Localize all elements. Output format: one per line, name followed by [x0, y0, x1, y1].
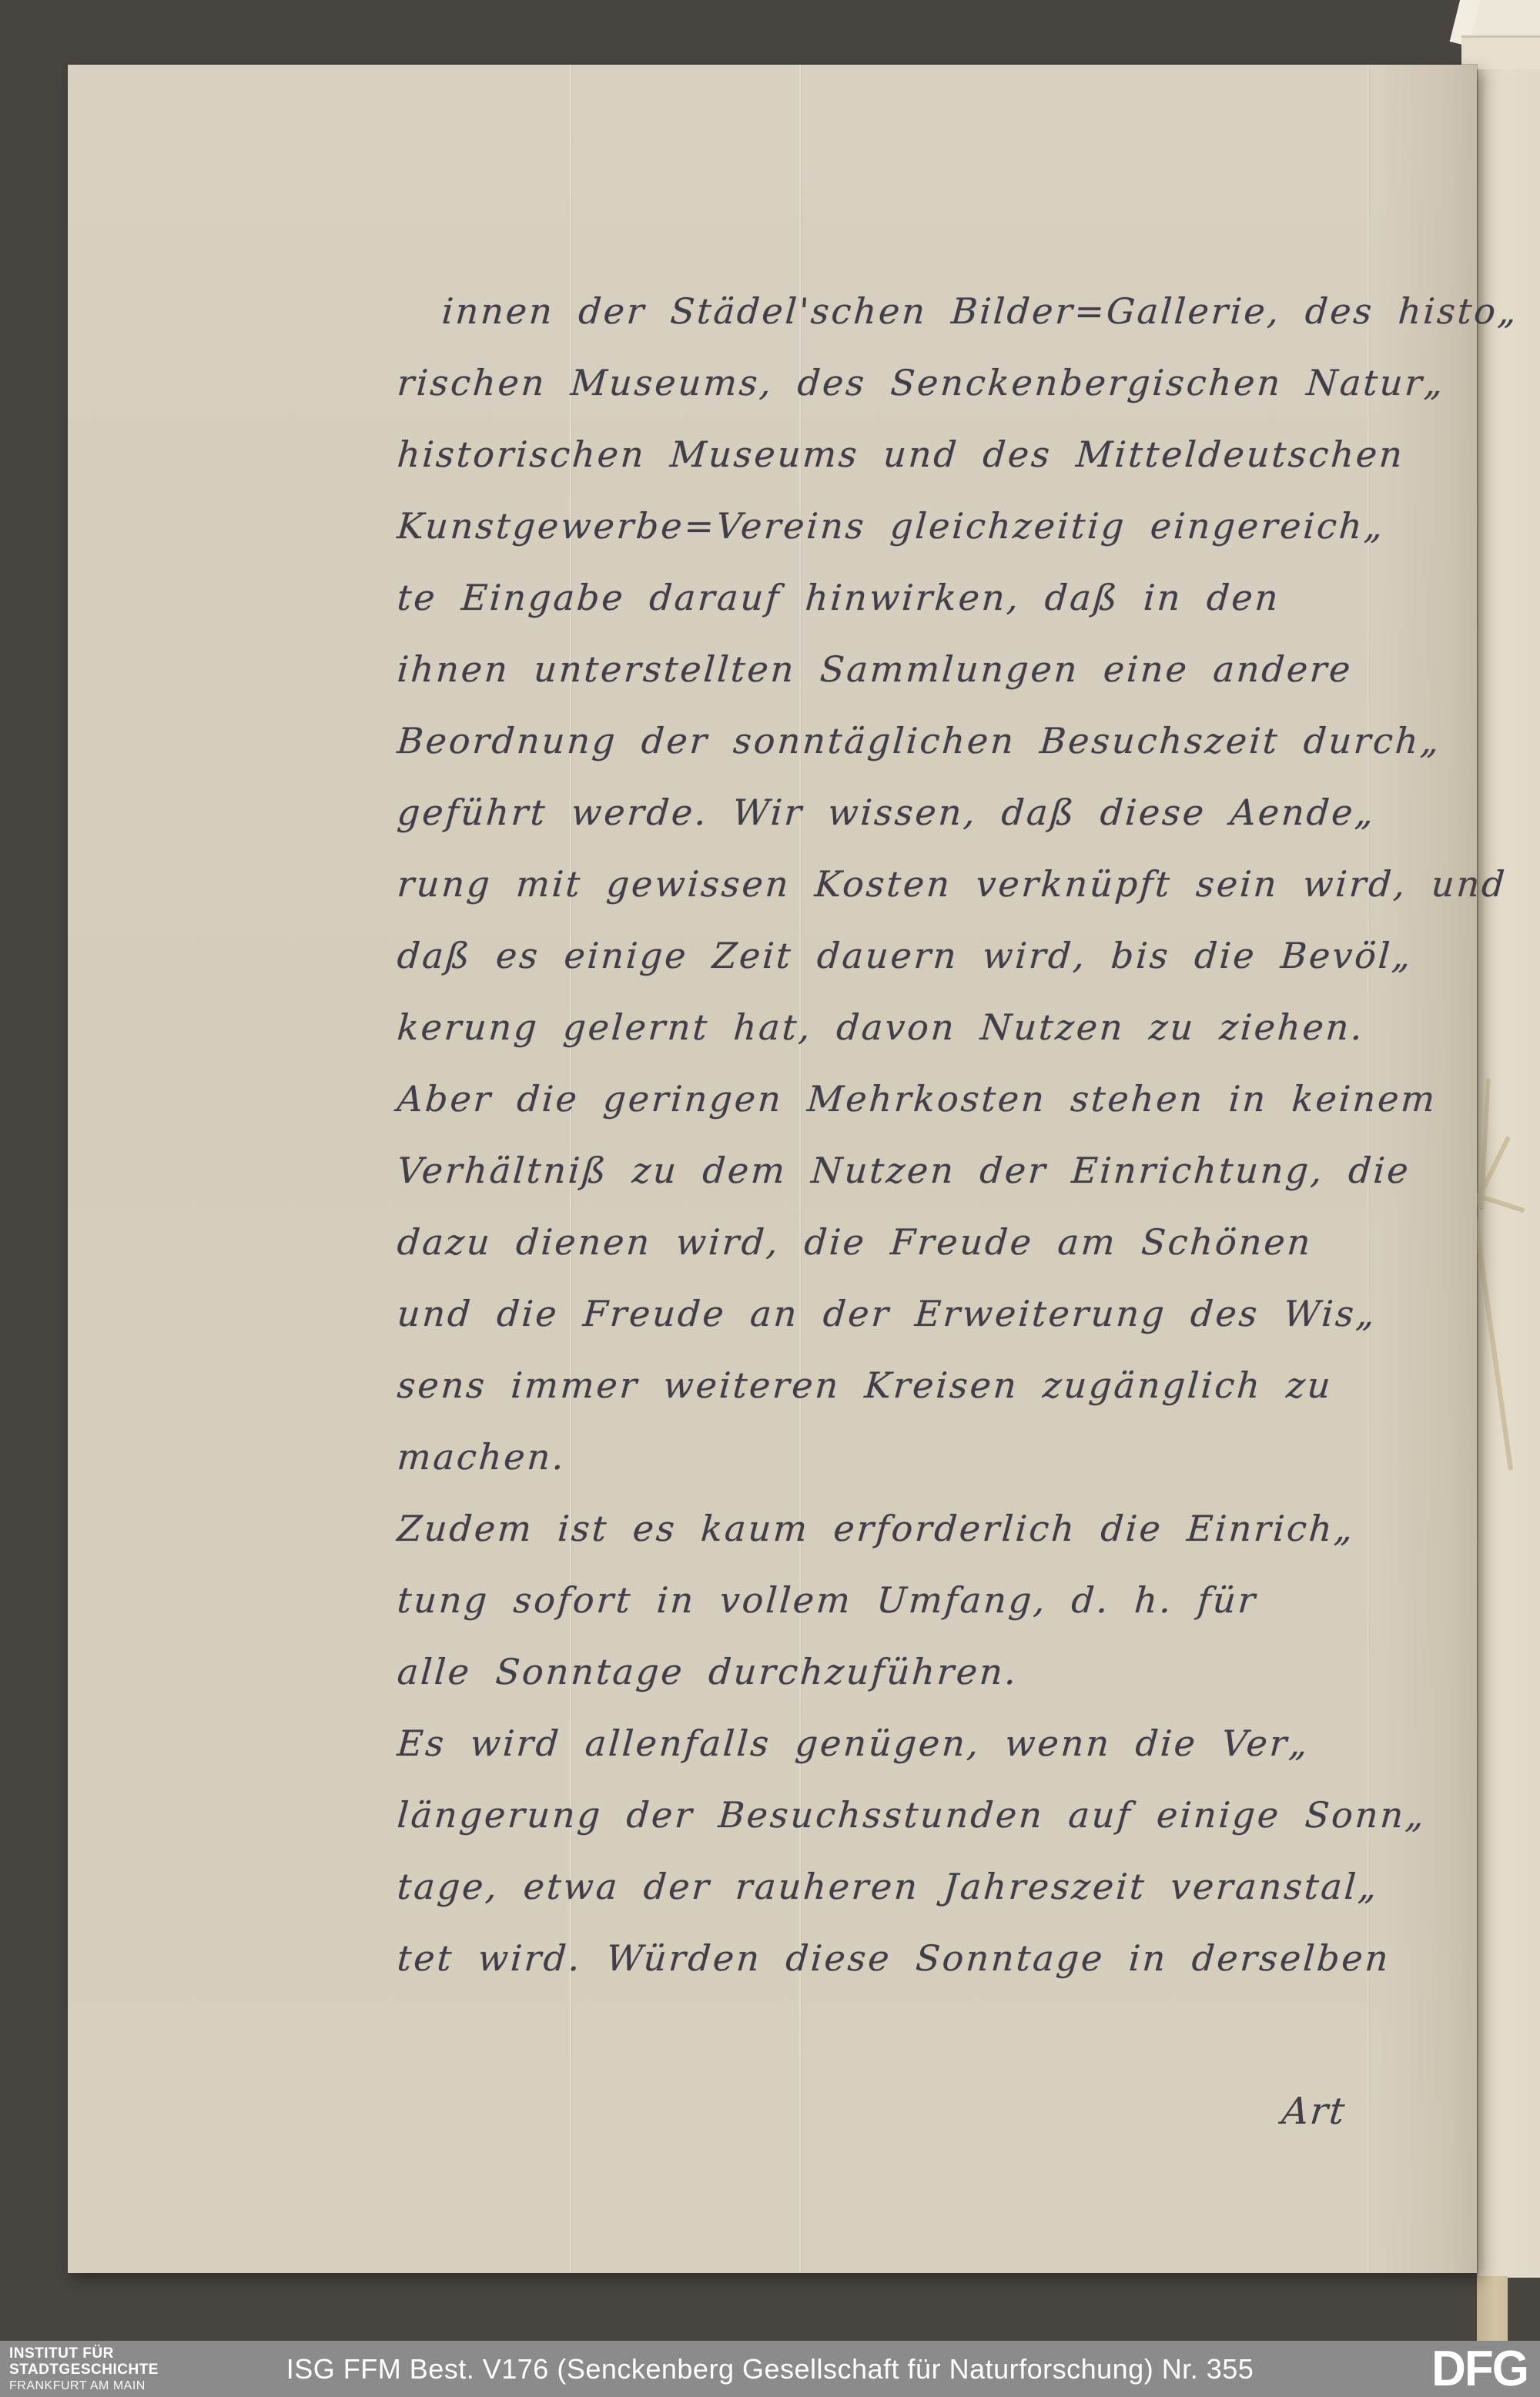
archive-reference: ISG FFM Best. V176 (Senckenberg Gesellsc…: [0, 2341, 1540, 2397]
manuscript-line: dazu dienen wird, die Freude am Schönen: [395, 1207, 1449, 1278]
adjacent-page-edge: [1477, 38, 1540, 2278]
footer-bar: INSTITUT FÜR STADTGESCHICHTE FRANKFURT A…: [0, 2341, 1540, 2397]
manuscript-line: te Eingabe darauf hinwirken, daß in den: [395, 562, 1449, 634]
manuscript-line: geführt werde. Wir wissen, daß diese Aen…: [395, 777, 1449, 849]
manuscript-line: innen der Städel'schen Bilder=Gallerie, …: [395, 276, 1449, 347]
manuscript-line: historischen Museums und des Mitteldeuts…: [395, 419, 1449, 490]
manuscript-line: ihnen unterstellten Sammlungen eine ande…: [395, 634, 1449, 705]
manuscript-line: längerung der Besuchsstunden auf einige …: [395, 1779, 1449, 1851]
paper-scrap: [1469, 0, 1540, 40]
archival-scan: { "document": { "lines": [ "innen der St…: [0, 0, 1540, 2397]
manuscript-line: rischen Museums, des Senckenbergischen N…: [395, 347, 1449, 419]
manuscript-line: Es wird allenfalls genügen, wenn die Ver…: [395, 1708, 1449, 1779]
manuscript-line: Verhältniß zu dem Nutzen der Einrichtung…: [395, 1135, 1449, 1207]
manuscript-line: Beordnung der sonntäglichen Besuchszeit …: [395, 705, 1449, 777]
manuscript-page: innen der Städel'schen Bilder=Gallerie, …: [68, 65, 1477, 2273]
manuscript-line: alle Sonntage durchzuführen.: [395, 1636, 1449, 1708]
manuscript-line: und die Freude an der Erweiterung des Wi…: [395, 1278, 1449, 1350]
manuscript-line: tung sofort in vollem Umfang, d. h. für: [395, 1565, 1449, 1636]
manuscript-line: machen.: [395, 1421, 1449, 1493]
manuscript-line: tage, etwa der rauheren Jahreszeit veran…: [395, 1851, 1449, 1923]
manuscript-line: rung mit gewissen Kosten verknüpft sein …: [395, 849, 1449, 920]
adjacent-page-lower-sliver: [1477, 2276, 1508, 2342]
manuscript-line: kerung gelernt hat, davon Nutzen zu zieh…: [395, 992, 1449, 1063]
manuscript-line: Zudem ist es kaum erforderlich die Einri…: [395, 1493, 1449, 1565]
manuscript-line: Aber die geringen Mehrkosten stehen in k…: [395, 1063, 1449, 1135]
catchword: Art: [1280, 2090, 1348, 2133]
manuscript-line: sens immer weiteren Kreisen zugänglich z…: [395, 1350, 1449, 1421]
dfg-logo: DFG: [1431, 2341, 1528, 2396]
manuscript-text: innen der Städel'schen Bilder=Gallerie, …: [397, 276, 1446, 1994]
manuscript-line: tet wird. Würden diese Sonntage in derse…: [395, 1923, 1449, 1994]
manuscript-line: Kunstgewerbe=Vereins gleichzeitig einger…: [395, 490, 1449, 562]
manuscript-line: daß es einige Zeit dauern wird, bis die …: [395, 920, 1449, 992]
